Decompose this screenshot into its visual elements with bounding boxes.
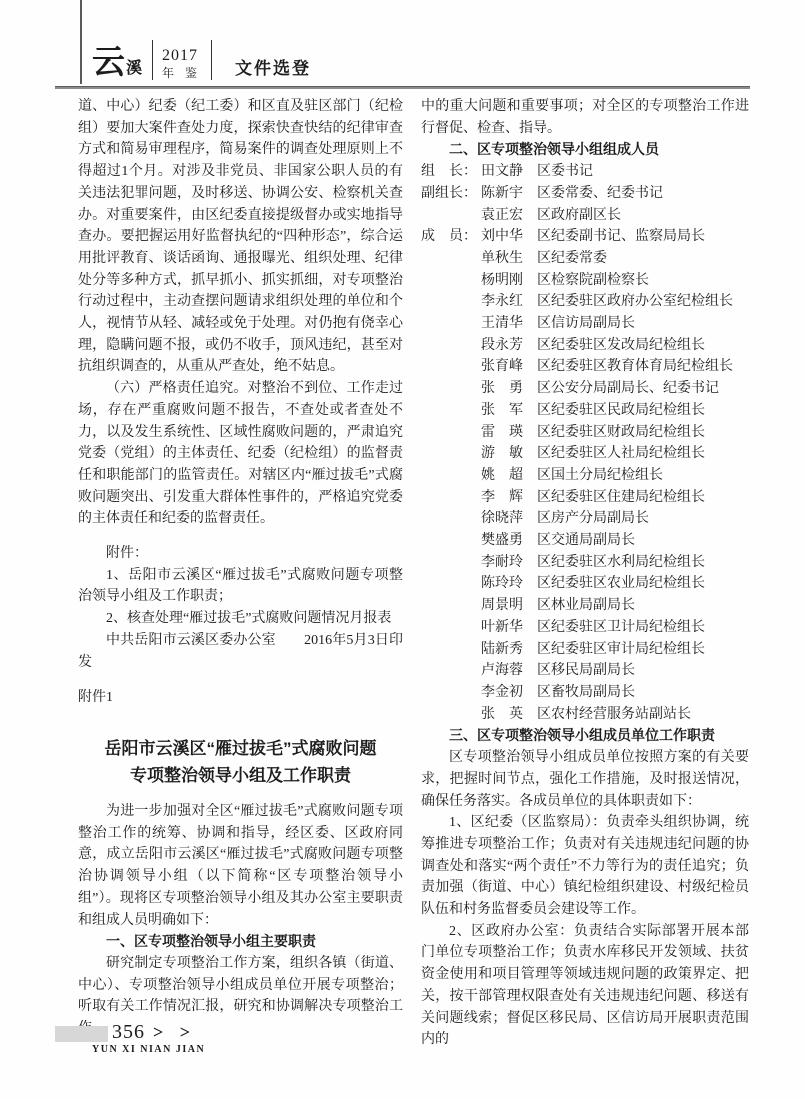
roster-title: 区农村经营服务站副站长 xyxy=(537,704,749,726)
roster-name: 卢海蓉 xyxy=(481,660,537,682)
body-paragraph: 区专项整治领导小组成员单位按照方案的有关要求，把握时间节点，强化工作措施，及时报… xyxy=(421,747,749,812)
roster-title: 区畜牧局副局长 xyxy=(537,682,749,704)
roster-name: 段永芳 xyxy=(481,335,537,357)
roster-role xyxy=(421,465,481,487)
appendix-label: 附件1 xyxy=(78,687,403,709)
roster-role xyxy=(421,400,481,422)
roster-title: 区纪委常委 xyxy=(537,248,749,270)
roster-name: 游 敏 xyxy=(481,443,537,465)
logo-main-character: 云 xyxy=(92,47,124,80)
roster-name: 李 辉 xyxy=(481,487,537,509)
document-title-line2: 专项整治领导小组及工作职责 xyxy=(78,762,403,789)
roster-name: 雷 瑛 xyxy=(481,422,537,444)
roster-title: 区房产分局副局长 xyxy=(537,508,749,530)
footer-pinyin: YUN XI NIAN JIAN xyxy=(92,1044,205,1055)
roster-title: 区国土分局纪检组长 xyxy=(537,465,749,487)
roster-role xyxy=(421,573,481,595)
section-title: 文件选登 xyxy=(235,54,311,79)
roster-name: 姚 超 xyxy=(481,465,537,487)
header-horizontal-rule xyxy=(55,86,750,89)
roster-name: 樊盛勇 xyxy=(481,530,537,552)
roster-list: 组 长： 田文静 区委书记 副组长： 陈新宇 区委常委、纪委书记 袁正宏 区政府… xyxy=(421,161,749,725)
roster-role xyxy=(421,682,481,704)
roster-title: 区公安分局副局长、纪委书记 xyxy=(537,378,749,400)
body-paragraph: 1、区纪委（区监察局）：负责牵头组织协调，统筹推进专项整治工作；负责对有关违规违… xyxy=(421,812,749,921)
roster-name: 王清华 xyxy=(481,313,537,335)
roster-role xyxy=(421,639,481,661)
roster-row: 袁正宏 区政府副区长 xyxy=(421,205,749,227)
attachment-item: 2、核查处理“雁过拔毛”式腐败问题情况月报表 xyxy=(78,608,403,630)
roster-role xyxy=(421,660,481,682)
body-paragraph: 道、中心）纪委（纪工委）和区直及驻区部门（纪检组）要加大案件查处力度，探索快查快… xyxy=(78,96,403,378)
roster-title: 区纪委驻区教育体育局纪检组长 xyxy=(537,356,749,378)
roster-title: 区委常委、纪委书记 xyxy=(537,183,749,205)
roster-row: 张育峰 区纪委驻区教育体育局纪检组长 xyxy=(421,356,749,378)
body-paragraph: 2、区政府办公室：负责结合实际部署开展本部门单位专项整治工作；负责水库移民开发领… xyxy=(421,921,749,1051)
roster-title: 区委书记 xyxy=(537,161,749,183)
roster-row: 叶新华 区纪委驻区卫计局纪检组长 xyxy=(421,617,749,639)
roster-title: 区林业局副局长 xyxy=(537,595,749,617)
roster-role xyxy=(421,487,481,509)
roster-row: 张 勇 区公安分局副局长、纪委书记 xyxy=(421,378,749,400)
roster-row: 周景明 区林业局副局长 xyxy=(421,595,749,617)
roster-name: 周景明 xyxy=(481,595,537,617)
roster-row: 副组长： 陈新宇 区委常委、纪委书记 xyxy=(421,183,749,205)
roster-role xyxy=(421,617,481,639)
masthead: 云 溪 2017 年 鉴 文件选登 xyxy=(92,40,311,80)
right-column: 中的重大问题和重要事项；对全区的专项整治工作进行督促、检查、指导。 二、区专项整… xyxy=(421,96,749,1051)
roster-name: 袁正宏 xyxy=(481,205,537,227)
footer-gray-bar xyxy=(55,1026,108,1042)
roster-row: 组 长： 田文静 区委书记 xyxy=(421,161,749,183)
roster-role xyxy=(421,378,481,400)
roster-role xyxy=(421,595,481,617)
yearbook-year: 2017 xyxy=(162,47,201,65)
yearbook-label: 年 鉴 xyxy=(162,67,201,80)
roster-role xyxy=(421,552,481,574)
roster-name: 杨明刚 xyxy=(481,270,537,292)
roster-role xyxy=(421,443,481,465)
roster-row: 卢海蓉 区移民局副局长 xyxy=(421,660,749,682)
roster-title: 区检察院副检察长 xyxy=(537,270,749,292)
roster-title: 区信访局副局长 xyxy=(537,313,749,335)
roster-role xyxy=(421,205,481,227)
masthead-divider xyxy=(211,40,212,80)
roster-role xyxy=(421,313,481,335)
roster-name: 李金初 xyxy=(481,682,537,704)
roster-row: 张 军 区纪委驻区民政局纪检组长 xyxy=(421,400,749,422)
roster-row: 张 英 区农村经营服务站副站长 xyxy=(421,704,749,726)
footer-arrows: > > xyxy=(153,1022,196,1043)
roster-title: 区纪委驻区人社局纪检组长 xyxy=(537,443,749,465)
roster-row: 李耐玲 区纪委驻区水利局纪检组长 xyxy=(421,552,749,574)
roster-title: 区纪委驻区政府办公室纪检组长 xyxy=(537,291,749,313)
yearbook-year-block: 2017 年 鉴 xyxy=(162,47,201,80)
body-paragraph: （六）严格责任追究。对整治不到位、工作走过场，存在严重腐败问题不报告，不查处或者… xyxy=(78,378,403,530)
roster-title: 区纪委驻区水利局纪检组长 xyxy=(537,552,749,574)
roster-name: 刘中华 xyxy=(481,226,537,248)
roster-title: 区纪委驻区财政局纪检组长 xyxy=(537,422,749,444)
section-heading-three: 三、区专项整治领导小组成员单位工作职责 xyxy=(421,725,749,747)
attachments-label: 附件： xyxy=(78,543,403,565)
left-column: 道、中心）纪委（纪工委）和区直及驻区部门（纪检组）要加大案件查处力度，探索快查快… xyxy=(78,96,403,1040)
roster-row: 游 敏 区纪委驻区人社局纪检组长 xyxy=(421,443,749,465)
roster-name: 陈玲玲 xyxy=(481,573,537,595)
roster-name: 叶新华 xyxy=(481,617,537,639)
roster-name: 单秋生 xyxy=(481,248,537,270)
roster-title: 区纪委驻区审计局纪检组长 xyxy=(537,639,749,661)
roster-role xyxy=(421,291,481,313)
roster-name: 张 勇 xyxy=(481,378,537,400)
roster-name: 陈新宇 xyxy=(481,183,537,205)
roster-name: 田文静 xyxy=(481,161,537,183)
attachment-item: 1、岳阳市云溪区“雁过拔毛”式腐败问题专项整治领导小组及工作职责； xyxy=(78,565,403,608)
roster-row: 李 辉 区纪委驻区住建局纪检组长 xyxy=(421,487,749,509)
roster-role: 副组长： xyxy=(421,183,481,205)
roster-title: 区纪委驻区发改局纪检组长 xyxy=(537,335,749,357)
roster-row: 樊盛勇 区交通局副局长 xyxy=(421,530,749,552)
logo-sub-character: 溪 xyxy=(126,55,142,78)
roster-role: 组 长： xyxy=(421,161,481,183)
roster-name: 张育峰 xyxy=(481,356,537,378)
body-paragraph: 中的重大问题和重要事项；对全区的专项整治工作进行督促、检查、指导。 xyxy=(421,96,749,139)
issuer-line: 中共岳阳市云溪区委办公室 2016年5月3日印发 xyxy=(78,630,403,673)
attachments-block: 附件： 1、岳阳市云溪区“雁过拔毛”式腐败问题专项整治领导小组及工作职责； 2、… xyxy=(78,543,403,673)
roster-role xyxy=(421,508,481,530)
roster-role xyxy=(421,704,481,726)
roster-title: 区纪委驻区卫计局纪检组长 xyxy=(537,617,749,639)
roster-title: 区纪委驻区民政局纪检组长 xyxy=(537,400,749,422)
roster-name: 陆新秀 xyxy=(481,639,537,661)
roster-name: 李耐玲 xyxy=(481,552,537,574)
roster-role xyxy=(421,422,481,444)
roster-row: 杨明刚 区检察院副检察长 xyxy=(421,270,749,292)
masthead-divider xyxy=(152,40,153,80)
yearbook-page: 云 溪 2017 年 鉴 文件选登 道、中心）纪委（纪工委）和区直及驻区部门（纪… xyxy=(0,0,805,1099)
roster-title: 区移民局副局长 xyxy=(537,660,749,682)
roster-row: 王清华 区信访局副局长 xyxy=(421,313,749,335)
roster-row: 陈玲玲 区纪委驻区农业局纪检组长 xyxy=(421,573,749,595)
roster-row: 李永红 区纪委驻区政府办公室纪检组长 xyxy=(421,291,749,313)
header-vertical-rule xyxy=(80,0,82,84)
roster-row: 陆新秀 区纪委驻区审计局纪检组长 xyxy=(421,639,749,661)
roster-role: 成 员： xyxy=(421,226,481,248)
roster-row: 姚 超 区国土分局纪检组长 xyxy=(421,465,749,487)
document-title: 岳阳市云溪区“雁过拔毛”式腐败问题 专项整治领导小组及工作职责 xyxy=(78,735,403,789)
roster-role xyxy=(421,356,481,378)
roster-name: 徐晓萍 xyxy=(481,508,537,530)
roster-role xyxy=(421,530,481,552)
roster-role xyxy=(421,248,481,270)
roster-row: 单秋生 区纪委常委 xyxy=(421,248,749,270)
roster-row: 雷 瑛 区纪委驻区财政局纪检组长 xyxy=(421,422,749,444)
roster-role xyxy=(421,335,481,357)
roster-title: 区交通局副局长 xyxy=(537,530,749,552)
roster-row: 段永芳 区纪委驻区发改局纪检组长 xyxy=(421,335,749,357)
section-heading-two: 二、区专项整治领导小组组成人员 xyxy=(421,139,749,161)
roster-row: 成 员： 刘中华 区纪委副书记、监察局局长 xyxy=(421,226,749,248)
roster-role xyxy=(421,270,481,292)
roster-row: 李金初 区畜牧局副局长 xyxy=(421,682,749,704)
section-heading-one: 一、区专项整治领导小组主要职责 xyxy=(78,931,403,953)
roster-row: 徐晓萍 区房产分局副局长 xyxy=(421,508,749,530)
roster-title: 区纪委驻区住建局纪检组长 xyxy=(537,487,749,509)
roster-title: 区纪委副书记、监察局局长 xyxy=(537,226,749,248)
roster-title: 区政府副区长 xyxy=(537,205,749,227)
document-title-line1: 岳阳市云溪区“雁过拔毛”式腐败问题 xyxy=(78,735,403,762)
page-number-line: 356 > > xyxy=(112,1021,196,1044)
roster-name: 李永红 xyxy=(481,291,537,313)
roster-title: 区纪委驻区农业局纪检组长 xyxy=(537,573,749,595)
page-number: 356 xyxy=(112,1021,145,1044)
roster-name: 张 英 xyxy=(481,704,537,726)
roster-name: 张 军 xyxy=(481,400,537,422)
body-paragraph: 为进一步加强对全区“雁过拔毛”式腐败问题专项整治工作的统筹、协调和指导，经区委、… xyxy=(78,801,403,931)
